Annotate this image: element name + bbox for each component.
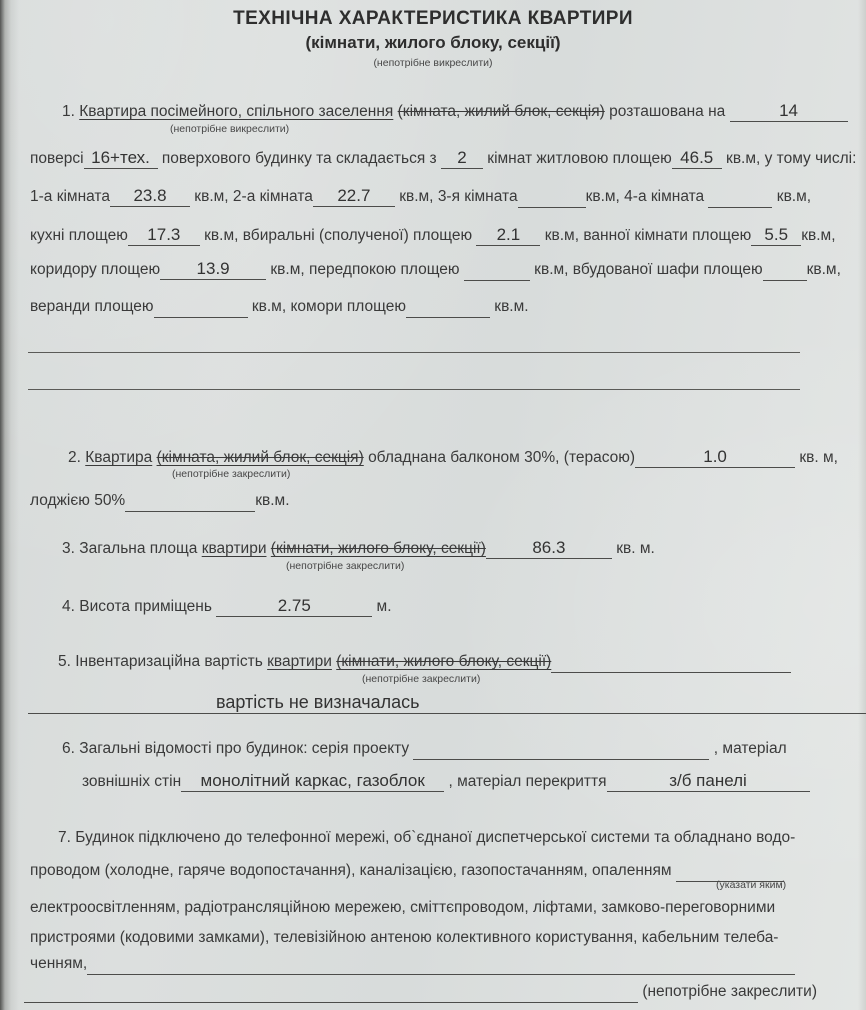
s5-value-line: вартість не визначалась грн. (28, 692, 866, 714)
s4-number: 4. (62, 598, 75, 615)
s6-l2b: , матеріал перекриття (448, 773, 606, 790)
s3-unit: кв. м. (616, 540, 655, 557)
s1-veranda-line: веранди площею кв.м, комори площею кв.м. (30, 296, 529, 318)
field-room3-area (518, 186, 586, 208)
s7-l5: ченням, (30, 955, 87, 972)
kitchen-label: кухні площею (30, 227, 128, 244)
s1-intro-struck: (кімната, жилий блок, секція) (398, 103, 605, 120)
pantry-unit: кв.м. (494, 298, 528, 315)
s7-l2: проводом (холодне, гаряче водопостачання… (30, 862, 672, 879)
veranda-label: веранди площею (30, 298, 154, 315)
document-page: ТЕХНІЧНА ХАРАКТЕРИСТИКА КВАРТИРИ (кімнат… (0, 0, 866, 1010)
s2-subject: Квартира (85, 449, 152, 466)
room3-label: 3-я кімната (438, 188, 518, 205)
wardrobe-unit: кв.м, (807, 261, 841, 278)
field-total-area: 86.3 (486, 537, 612, 559)
field-ceiling-height: 2.75 (216, 595, 372, 617)
room4-unit: кв.м, (777, 188, 811, 205)
field-living-area: 46.5 (672, 147, 722, 169)
field-terrace-area: 1.0 (635, 446, 795, 468)
blank-rule-1 (28, 352, 800, 353)
doc-subtitle: (кімнати, жилого блоку, секції) (0, 33, 866, 53)
s1-kitchen-line: кухні площею17.3 кв.м, вбиральні (сполуч… (30, 224, 836, 246)
bath-unit: кв.м, (801, 227, 835, 244)
page-right-edge-shadow (858, 0, 866, 1010)
field-veranda-area (154, 296, 248, 318)
wc-unit: кв.м, (545, 227, 579, 244)
doc-title: ТЕХНІЧНА ХАРАКТЕРИСТИКА КВАРТИРИ (0, 8, 866, 30)
s1-l2c: кімнат житловою площею (487, 150, 671, 167)
s6-l1b: , матеріал (714, 740, 787, 757)
field-project-series (413, 738, 709, 760)
field-tail-blank (24, 981, 638, 1003)
s2-line1: 2. Квартира (кімната, жилий блок, секція… (68, 446, 838, 468)
s2-body: обладнана балконом 30%, (терасою) (368, 449, 635, 466)
s7-line2: проводом (холодне, гаряче водопостачання… (30, 860, 784, 882)
hall-label: передпокою площею (309, 261, 460, 278)
field-room2-area: 22.7 (313, 185, 395, 207)
s3-number: 3. (62, 540, 75, 557)
s1-l2b: поверхового будинку та складається з (162, 150, 437, 167)
s1-number: 1. (62, 103, 75, 120)
s3-note: (непотрібне закреслити) (286, 560, 404, 572)
room1-unit: кв.м, (194, 188, 228, 205)
s6-line1: 6. Загальні відомості про будинок: серія… (62, 738, 787, 760)
field-wardrobe-area (763, 259, 807, 281)
s7-line3: електроосвітленням, радіотрансляційною м… (30, 897, 775, 918)
kitchen-unit: кв.м, (204, 227, 238, 244)
s7-l4: пристроями (кодовими замками), телевізій… (30, 929, 778, 946)
hall-unit: кв.м, (534, 261, 568, 278)
field-corridor-area: 13.9 (160, 258, 266, 280)
s5-number: 5. (58, 653, 71, 670)
s4-label: Висота приміщень (79, 598, 212, 615)
corridor-label: коридору площею (30, 261, 160, 278)
corridor-unit: кв.м, (270, 261, 304, 278)
s2-unit: кв. м, (799, 449, 838, 466)
s1-intro-tail: розташована на (609, 103, 725, 120)
s2-subject-struck: (кімната, жилий блок, секція) (157, 449, 364, 466)
s1-l2d: кв.м, у тому числі: (726, 150, 856, 167)
s1-corridor-line: коридору площею13.9 кв.м, передпокою пло… (30, 258, 841, 281)
s7-line5: ченням, (30, 953, 795, 975)
loggia-label: лоджією 50% (30, 492, 125, 509)
room2-label: 2-а кімната (233, 188, 313, 205)
s3-subject-struck: (кімнати, жилого блоку, секції) (271, 540, 486, 557)
s1-line1: 1. Квартира посімейного, спільного засел… (62, 100, 848, 122)
s1-rooms-line: 1-а кімната23.8 кв.м, 2-а кімната22.7 кв… (30, 185, 811, 208)
s3-lead: Загальна площа (79, 540, 197, 557)
field-room1-area: 23.8 (110, 185, 190, 207)
field-kitchen-area: 17.3 (128, 224, 200, 246)
field-pantry-area (406, 296, 490, 318)
s7-l1: Будинок підключено до телефонної мережі,… (75, 829, 795, 846)
s5-note: (непотрібне закреслити) (362, 673, 480, 685)
s6-line2: зовнішніх стінмонолітний каркас, газобло… (82, 770, 810, 792)
s1-intro-underlined: Квартира посімейного, спільного заселенн… (79, 103, 393, 120)
room2-unit: кв.м, (399, 188, 433, 205)
s6-l1a: Загальні відомості про будинок: серія пр… (79, 740, 409, 757)
s7-line6: (непотрібне закреслити) (24, 981, 817, 1003)
field-rooms-count: 2 (441, 147, 483, 169)
s7-line1: 7. Будинок підключено до телефонної мере… (58, 827, 795, 848)
page-left-edge-shadow (0, 0, 20, 1010)
s7-note2: (непотрібне закреслити) (642, 983, 817, 1000)
s2-loggia-line: лоджією 50%кв.м. (30, 490, 290, 512)
veranda-unit: кв.м, (252, 298, 286, 315)
s4-unit: м. (377, 598, 392, 615)
s3-line: 3. Загальна площа квартири (кімнати, жил… (62, 537, 655, 559)
wc-label: вбиральні (сполученої) площею (243, 227, 472, 244)
s2-number: 2. (68, 449, 81, 466)
s7-note: (указати яким) (716, 879, 786, 891)
s7-l3: електроосвітленням, радіотрансляційною м… (30, 899, 775, 916)
field-storeys-total: 16+тех. (84, 147, 158, 169)
pantry-label: комори площею (290, 298, 406, 315)
room1-label: 1-а кімната (30, 188, 110, 205)
s5-subject-struck: (кімнати, жилого блоку, секції) (336, 653, 551, 670)
field-wc-area: 2.1 (476, 224, 540, 246)
field-inventory-value: вартість не визначалась (28, 692, 866, 714)
field-slabs-material: з/б панелі (607, 770, 810, 792)
field-bath-area: 5.5 (751, 224, 801, 246)
field-inventory-value-blank (551, 651, 791, 673)
doc-subtitle-note: (непотрібне викреслити) (0, 57, 866, 69)
s7-line4: пристроями (кодовими замками), телевізій… (30, 927, 778, 948)
room4-label: 4-а кімната (624, 188, 704, 205)
s6-number: 6. (62, 740, 75, 757)
blank-rule-2 (28, 389, 800, 390)
s1-line2: поверсі16+тех. поверхового будинку та ск… (30, 147, 856, 169)
s5-subject: квартири (267, 653, 332, 670)
s5-line1: 5. Інвентаризаційна вартість квартири (к… (58, 651, 791, 673)
s6-l2a: зовнішніх стін (82, 773, 181, 790)
bath-label: ванної кімнати площею (583, 227, 751, 244)
loggia-unit: кв.м. (255, 492, 289, 509)
s4-line: 4. Висота приміщень 2.75 м. (62, 595, 392, 617)
s3-subject: квартири (202, 540, 267, 557)
s2-note: (непотрібне закреслити) (172, 468, 290, 480)
wardrobe-label: вбудованої шафи площею (573, 261, 763, 278)
field-loggia-area (125, 490, 255, 512)
field-floor-number: 14 (730, 100, 848, 122)
field-room4-area (708, 186, 772, 208)
s7-number: 7. (58, 829, 71, 846)
field-cable-tv (87, 953, 795, 975)
s1-storeys-label: поверсі (30, 150, 84, 167)
field-hall-area (464, 259, 530, 281)
room3-unit: кв.м, (586, 188, 620, 205)
s5-lead: Інвентаризаційна вартість (75, 653, 263, 670)
field-walls-material: монолітний каркас, газоблок (181, 770, 444, 792)
s1-note: (непотрібне викреслити) (170, 123, 289, 135)
